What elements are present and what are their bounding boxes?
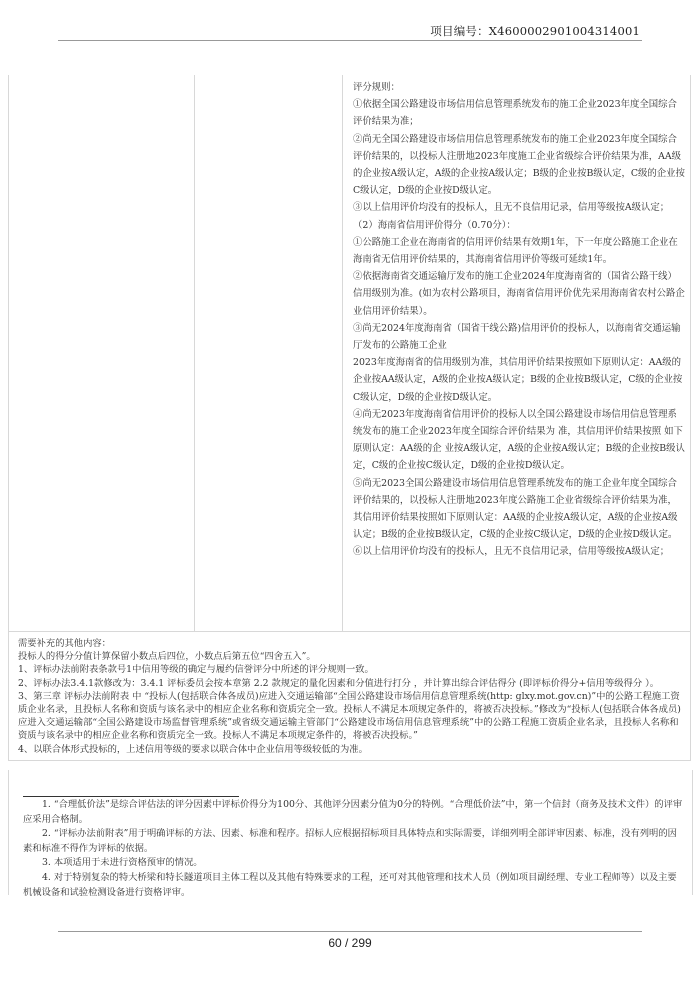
supplement-item: 4、以联合体形式投标的，上述信用等级的要求以联合体中企业信用等级较低的为准。: [18, 743, 682, 756]
rule-item: 2023年度海南省的信用级别为准，其信用评价结果按照如下原则认定：AA级的企业按…: [353, 354, 685, 406]
rule-heading: 评分规则：: [353, 79, 685, 96]
supplement-title: 需要补充的其他内容：: [18, 637, 682, 650]
project-number: 项目编号：X4600002901004314001: [430, 23, 640, 39]
rule-item: ④尚无2023年度海南省信用评价的投标人以全国公路建设市场信用信息管理系统发布的…: [353, 406, 685, 475]
rule-item: ③以上信用评价均没有的投标人，且无不良信用记录，信用等级按A级认定；: [353, 199, 685, 216]
rule-item: ⑥以上信用评价均没有的投标人，且无不良信用记录，信用等级按A级认定；: [353, 543, 685, 560]
supplement-item: 3、第三章 评标办法前附表 中 “投标人(包括联合体各成员)应进入交通运输部“全…: [18, 690, 682, 743]
scoring-rules-cell: 评分规则： ①依据全国公路建设市场信用信息管理系统发布的施工企业2023年度全国…: [353, 79, 685, 561]
footnote-item: 2. “评标办法前附表”用于明确评标的方法、因素、标准和程序。招标人应根据招标项…: [23, 827, 685, 856]
column-divider: [342, 75, 343, 631]
supplement-item: 1、评标办法前附表条款号1中信用等级的确定与履约信誉评分中所述的评分规则一致。: [18, 663, 682, 676]
table-row-credit-rules: 评分规则： ①依据全国公路建设市场信用信息管理系统发布的施工企业2023年度全国…: [8, 75, 691, 632]
page-indicator: 60 / 299: [0, 936, 700, 950]
rule-item: ②依据海南省交通运输厅发布的施工企业2024年度海南省的（国省公路干线）信用级别…: [353, 268, 685, 320]
rule-item: ⑤尚无2023全国公路建设市场信用信息管理系统发布的施工企业年度全国综合评价结果…: [353, 475, 685, 544]
footnote-item: 3. 本项适用于未进行资格预审的情况。: [23, 856, 685, 871]
rule-item: ②尚无全国公路建设市场信用信息管理系统发布的施工企业2023年度全国综合评价结果…: [353, 131, 685, 200]
supplement-item: 投标人的得分分值计算保留小数点后四位，小数点后第五位“四舍五入”。: [18, 650, 682, 663]
rule-item: ①依据全国公路建设市场信用信息管理系统发布的施工企业2023年度全国综合评价结果…: [353, 96, 685, 130]
rule-item: ③尚无2024年度海南省（国省干线公路)信用评价的投标人，以海南省交通运输厅发布…: [353, 320, 685, 354]
column-divider: [194, 75, 195, 631]
scoring-table: 评分规则： ①依据全国公路建设市场信用信息管理系统发布的施工企业2023年度全国…: [8, 75, 691, 761]
supplement-item: 2、评标办法3.4.1款修改为：3.4.1 评标委员会按本章第 2.2 款规定的…: [18, 677, 682, 690]
footer-divider: [58, 931, 642, 932]
rule-item: ①公路施工企业在海南省的信用评价结果有效期1年，下一年度公路施工企业在海南省无信…: [353, 234, 685, 268]
footnote-item: 1. “合理低价法”是综合评估法的评分因素中评标价得分为100分、其他评分因素分…: [23, 798, 685, 827]
footnote-separator: [23, 796, 239, 797]
footnotes-section: 1. “合理低价法”是综合评估法的评分因素中评标价得分为100分、其他评分因素分…: [8, 770, 693, 895]
footnote-item: 4. 对于特别复杂的特大桥梁和特长隧道项目主体工程以及其他有特殊要求的工程，还可…: [23, 871, 685, 900]
page-header: 项目编号：X4600002901004314001: [58, 20, 642, 41]
table-row-supplement: 需要补充的其他内容： 投标人的得分分值计算保留小数点后四位，小数点后第五位“四舍…: [8, 632, 691, 761]
rule-subheading: （2）海南省信用评价得分（0.70分）：: [353, 217, 685, 234]
